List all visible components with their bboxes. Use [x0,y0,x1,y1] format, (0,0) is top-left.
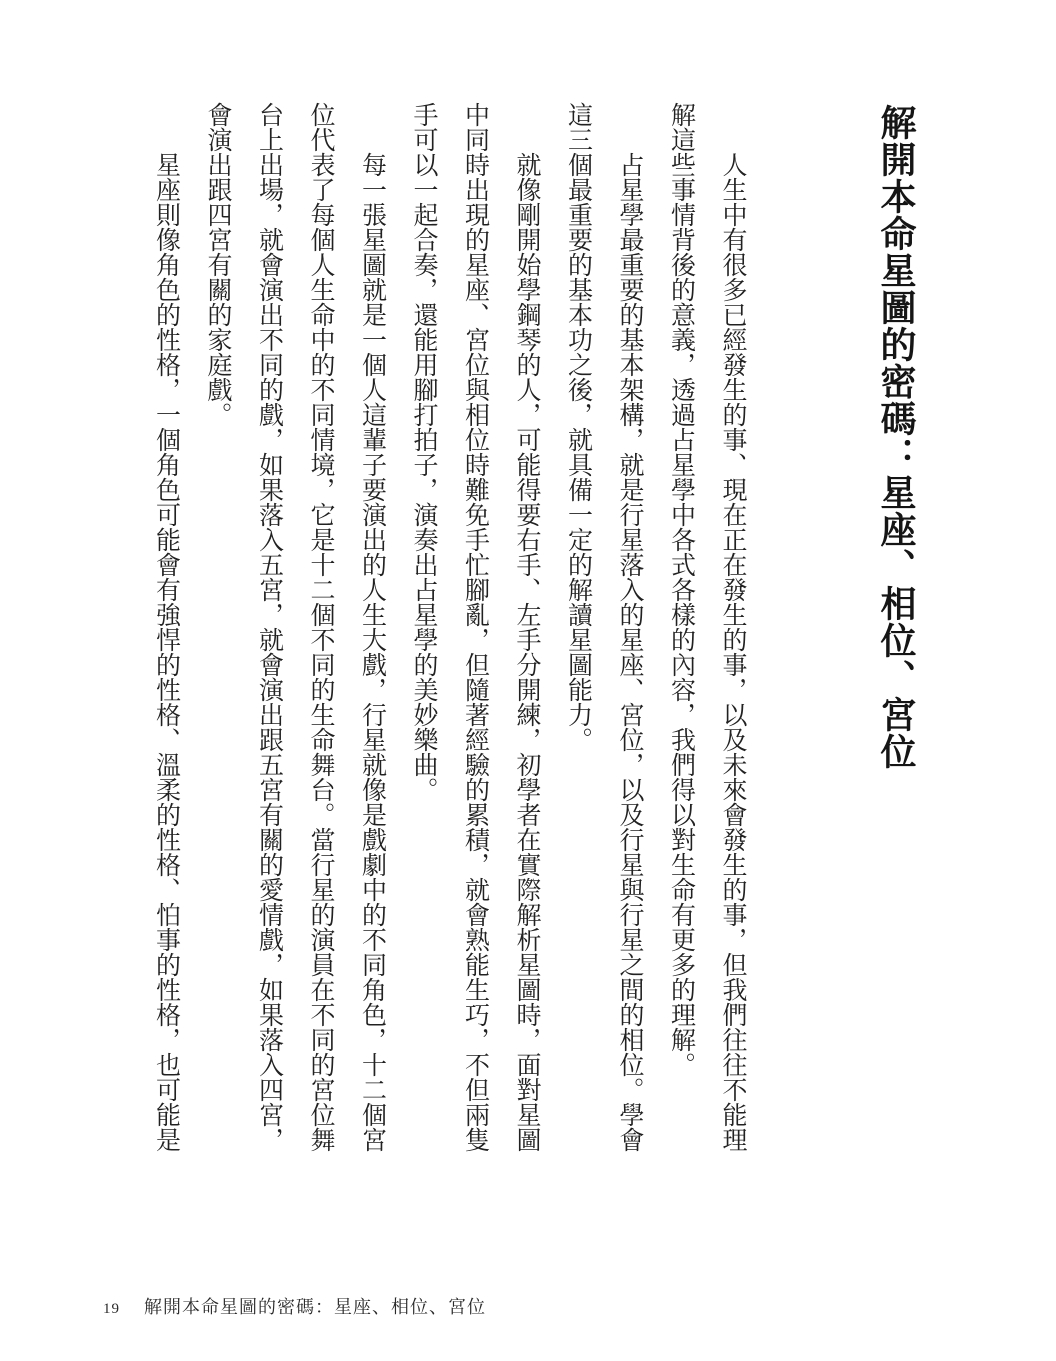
text-column: 中同時出現的星座、宮位與相位時難免手忙腳亂，但隨著經驗的累積，就會熟能生巧，不但… [449,102,501,1182]
text-column: 人生中有很多已經發生的事、現在正在發生的事，以及未來會發生的事，但我們往往不能理 [707,102,759,1182]
page-number: 19 [103,1301,120,1318]
text-column: 這三個最重要的基本功之後，就具備一定的解讀星圖能力。 [552,102,604,1182]
text-column: 就像剛開始學鋼琴的人，可能得要右手、左手分開練，初學者在實際解析星圖時，面對星圖 [501,102,553,1182]
body-text: 人生中有很多已經發生的事、現在正在發生的事，以及未來會發生的事，但我們往往不能理… [140,102,758,1182]
page-footer: 19 解開本命星圖的密碼：星座、相位、宮位 [103,1293,486,1319]
running-title: 解開本命星圖的密碼：星座、相位、宮位 [144,1293,486,1319]
text-column: 手可以一起合奏，還能用腳打拍子，演奏出占星學的美妙樂曲。 [398,102,450,1182]
text-column: 解這些事情背後的意義，透過占星學中各式各樣的內容，我們得以對生命有更多的理解。 [655,102,707,1182]
text-column: 位代表了每個人生命中的不同情境，它是十二個不同的生命舞台。當行星的演員在不同的宮… [295,102,347,1182]
book-page: 解開本命星圖的密碼：星座、相位、宮位 人生中有很多已經發生的事、現在正在發生的事… [0,0,1056,1361]
text-column: 每一張星圖就是一個人這輩子要演出的人生大戲，行星就像是戲劇中的不同角色，十二個宮 [346,102,398,1182]
chapter-title: 解開本命星圖的密碼：星座、相位、宮位 [878,104,914,770]
text-column: 會演出跟四宮有關的家庭戲。 [192,102,244,1182]
text-column: 占星學最重要的基本架構，就是行星落入的星座、宮位，以及行星與行星之間的相位。學會 [604,102,656,1182]
text-column: 星座則像角色的性格，一個角色可能會有強悍的性格、溫柔的性格、怕事的性格，也可能是 [140,102,192,1182]
text-column: 台上出場，就會演出不同的戲，如果落入五宮，就會演出跟五宮有關的愛情戲，如果落入四… [243,102,295,1182]
